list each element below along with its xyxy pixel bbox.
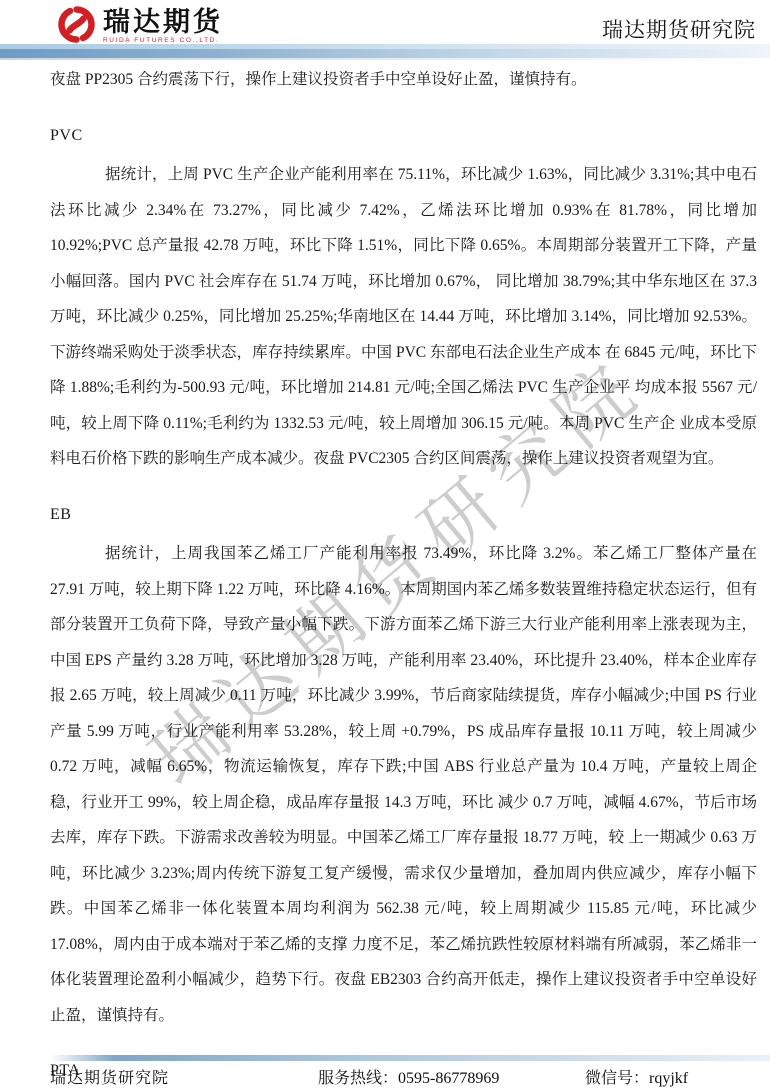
footer-hotline-number: 0595-86778969 — [398, 1070, 499, 1087]
section-paragraph: 据统计，上周 PVC 生产企业产能利用率在 75.11%，环比减少 1.63%，… — [50, 157, 757, 477]
footer-hotline: 服务热线：0595-86778969 — [318, 1065, 499, 1088]
footer-wechat-label: 微信号： — [585, 1070, 649, 1087]
brand-name-cn: 瑞达期货 — [103, 7, 223, 37]
section-paragraph: 据统计，上周我国苯乙烯工厂产能利用率报 73.49%，环比降 3.2%。苯乙烯工… — [50, 536, 757, 1033]
brand-text: 瑞达期货 RUIDA FUTURES CO.,LTD. — [103, 4, 223, 45]
report-body: 夜盘 PP2305 合约震荡下行，操作上建议投资者手中空单设好止盈，谨慎持有。 … — [50, 62, 757, 1090]
footer-institute: 瑞达期货研究院 — [50, 1065, 169, 1088]
footer-divider-gradient — [50, 1055, 770, 1061]
section-heading-pvc: PVC — [50, 118, 757, 154]
section-heading-eb: EB — [50, 497, 757, 533]
footer-hotline-label: 服务热线： — [318, 1070, 398, 1087]
page-footer: 瑞达期货研究院 服务热线：0595-86778969 微信号：rqyjkf — [0, 1063, 770, 1090]
company-logo: 瑞达期货 RUIDA FUTURES CO.,LTD. — [56, 4, 223, 45]
footer-wechat-id: rqyjkf — [649, 1070, 688, 1087]
header-divider-shadow — [0, 58, 770, 60]
report-page: 瑞达期货 RUIDA FUTURES CO.,LTD. 瑞达期货研究院 瑞达期货… — [0, 0, 770, 1090]
ruida-logo-icon — [56, 4, 97, 45]
section-pvc: PVC 据统计，上周 PVC 生产企业产能利用率在 75.11%，环比减少 1.… — [50, 118, 757, 477]
footer-wechat: 微信号：rqyjkf — [585, 1065, 688, 1088]
section-eb: EB 据统计，上周我国苯乙烯工厂产能利用率报 73.49%，环比降 3.2%。苯… — [50, 497, 757, 1034]
header-institute-title: 瑞达期货研究院 — [602, 14, 756, 44]
header-divider-gradient — [0, 49, 770, 58]
page-header: 瑞达期货 RUIDA FUTURES CO.,LTD. 瑞达期货研究院 — [0, 0, 770, 44]
intro-paragraph: 夜盘 PP2305 合约震荡下行，操作上建议投资者手中空单设好止盈，谨慎持有。 — [50, 62, 757, 98]
